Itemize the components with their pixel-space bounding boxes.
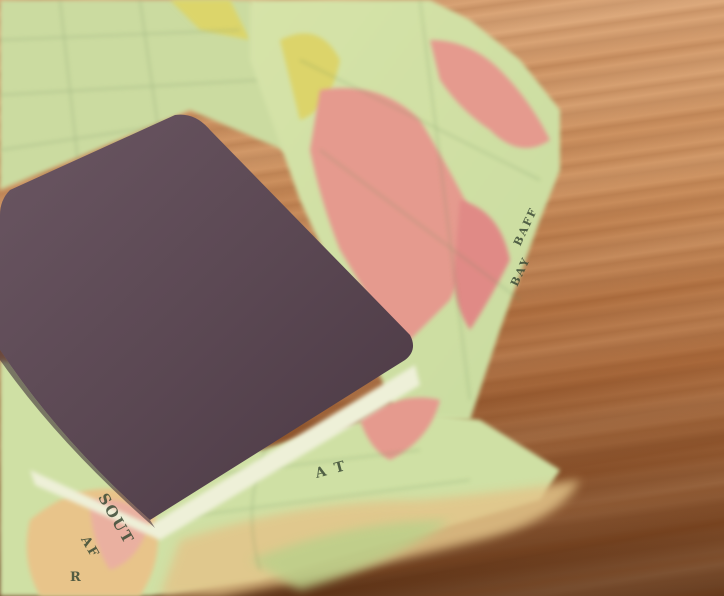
map-label-r: R — [70, 570, 83, 585]
photo-scene: BAFF BAY A T SOUT AF R — [0, 0, 724, 596]
